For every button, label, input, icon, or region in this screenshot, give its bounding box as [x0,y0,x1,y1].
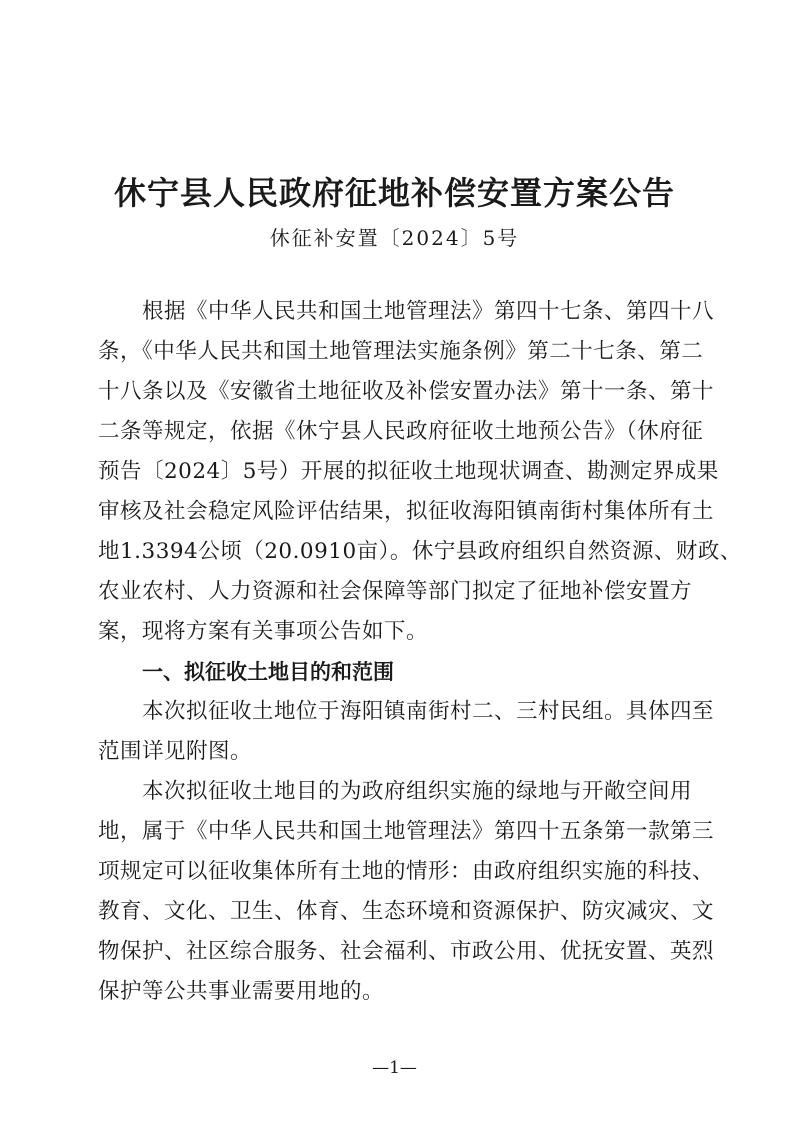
paragraph-line: 二条等规定，依据《休宁县人民政府征收土地预公告》（休府征 [98,412,692,452]
paragraph-line: 农业农村、人力资源和社会保障等部门拟定了征地补偿安置方 [98,572,692,612]
paragraph-line: 范围详见附图。 [98,732,692,772]
paragraph-line: 预告〔2024〕5号）开展的拟征收土地现状调查、勘测定界成果 [98,452,692,492]
paragraph-line: 地，属于《中华人民共和国土地管理法》第四十五条第一款第三 [98,812,692,852]
document-number: 休征补安置〔2024〕5号 [0,224,789,252]
paragraph-line: 根据《中华人民共和国土地管理法》第四十七条、第四十八 [98,292,692,332]
section-heading: 一、拟征收土地目的和范围 [98,652,692,692]
paragraph-line: 物保护、社区综合服务、社会福利、市政公用、优抚安置、英烈 [98,932,692,972]
paragraph-line: 本次拟征收土地目的为政府组织实施的绿地与开敞空间用 [98,772,692,812]
paragraph-line: 本次拟征收土地位于海阳镇南街村二、三村民组。具体四至 [98,692,692,732]
paragraph-line: 教育、文化、卫生、体育、生态环境和资源保护、防灾减灾、文 [98,892,692,932]
paragraph-line: 保护等公共事业需要用地的。 [98,972,692,1012]
paragraph-line: 审核及社会稳定风险评估结果，拟征收海阳镇南街村集体所有土 [98,492,692,532]
page-number: —1— [0,1056,789,1080]
paragraph-line: 案，现将方案有关事项公告如下。 [98,612,692,652]
paragraph-line: 项规定可以征收集体所有土地的情形：由政府组织实施的科技、 [98,852,692,892]
paragraph-line: 十八条以及《安徽省土地征收及补偿安置办法》第十一条、第十 [98,372,692,412]
paragraph-line: 条，《中华人民共和国土地管理法实施条例》第二十七条、第二 [98,332,692,372]
document-body: 根据《中华人民共和国土地管理法》第四十七条、第四十八 条，《中华人民共和国土地管… [98,292,692,1012]
paragraph-line: 地1.3394公顷（20.0910亩）。休宁县政府组织自然资源、财政、 [98,532,692,572]
document-title: 休宁县人民政府征地补偿安置方案公告 [0,173,789,213]
